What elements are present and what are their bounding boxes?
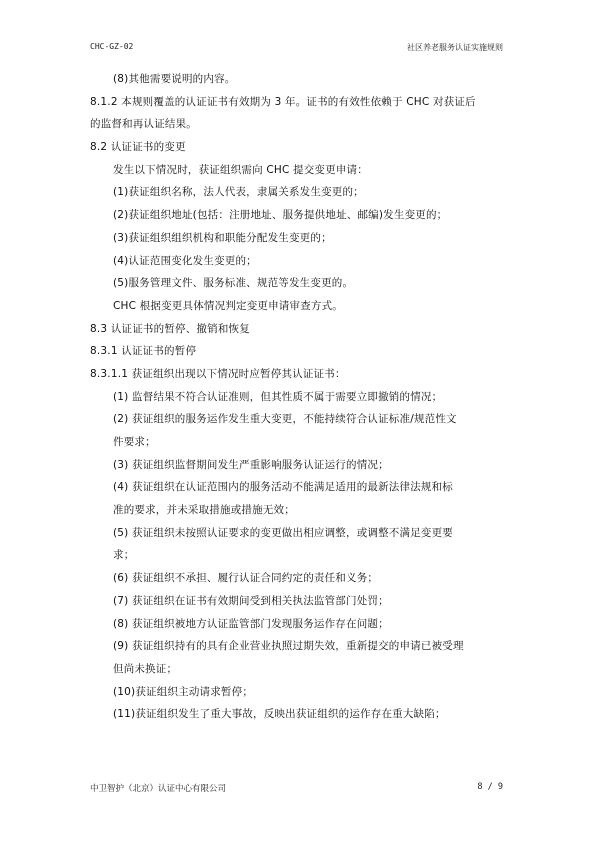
text-line: CHC 根据变更具体情况判定变更申请审查方式。: [90, 295, 510, 318]
text-line: (3)获证组织组织机构和职能分配发生变更的；: [90, 227, 510, 250]
text-line: (4)认证范围变化发生变更的；: [90, 250, 510, 273]
header-doc-title: 社区养老服务认证实施规则: [407, 42, 503, 53]
text-line: (4) 获证组织在认证范围内的服务活动不能满足适用的最新法律法规和标: [90, 476, 510, 499]
text-line: (1) 监督结果不符合认证准则，但其性质不属于需要立即撤销的情况；: [90, 386, 510, 409]
text-line: 的监督和再认证结果。: [90, 113, 510, 136]
text-line: 8.3 认证证书的暂停、撤销和恢复: [90, 318, 510, 341]
text-line: (1)获证组织名称，法人代表，隶属关系发生变更的；: [90, 181, 510, 204]
text-line: 件要求；: [90, 431, 510, 454]
text-line: 8.3.1.1 获证组织出现以下情况时应暂停其认证证书：: [90, 363, 510, 386]
text-line: (9) 获证组织持有的具有企业营业执照过期失效，重新提交的申请已被受理: [90, 635, 510, 658]
text-line: (3) 获证组织监督期间发生严重影响服务认证运行的情况；: [90, 454, 510, 477]
text-line: 8.1.2 本规则覆盖的认证证书有效期为 3 年。证书的有效性依赖于 CHC 对…: [90, 91, 510, 114]
text-line: (6) 获证组织不承担、履行认证合同约定的责任和义务；: [90, 567, 510, 590]
header-doc-code: CHC-GZ-02: [90, 42, 133, 51]
document-body: (8)其他需要说明的内容。8.1.2 本规则覆盖的认证证书有效期为 3 年。证书…: [90, 68, 510, 726]
text-line: (10)获证组织主动请求暂停；: [90, 681, 510, 704]
text-line: 但尚未换证；: [90, 658, 510, 681]
text-line: 求；: [90, 544, 510, 567]
text-line: 8.2 认证证书的变更: [90, 136, 510, 159]
page-number: 8 / 9: [477, 782, 503, 792]
text-line: (2)获证组织地址(包括：注册地址、服务提供地址、邮编)发生变更的；: [90, 204, 510, 227]
text-line: (8)其他需要说明的内容。: [90, 68, 510, 91]
text-line: 8.3.1 认证证书的暂停: [90, 340, 510, 363]
footer-organization: 中卫智护（北京）认证中心有限公司: [90, 782, 226, 794]
text-line: (2) 获证组织的服务运作发生重大变更，不能持续符合认证标准/规范性文: [90, 408, 510, 431]
text-line: (8) 获证组织被地方认证监管部门发现服务运作存在问题；: [90, 613, 510, 636]
text-line: (5) 获证组织未按照认证要求的变更做出相应调整，或调整不满足变更要: [90, 522, 510, 545]
text-line: 发生以下情况时，获证组织需向 CHC 提交变更申请：: [90, 159, 510, 182]
text-line: (11)获证组织发生了重大事故，反映出获证组织的运作存在重大缺陷；: [90, 703, 510, 726]
text-line: (7) 获证组织在证书有效期间受到相关执法监管部门处罚；: [90, 590, 510, 613]
text-line: (5)服务管理文件、服务标准、规范等发生变更的。: [90, 272, 510, 295]
text-line: 准的要求，并未采取措施或措施无效；: [90, 499, 510, 522]
